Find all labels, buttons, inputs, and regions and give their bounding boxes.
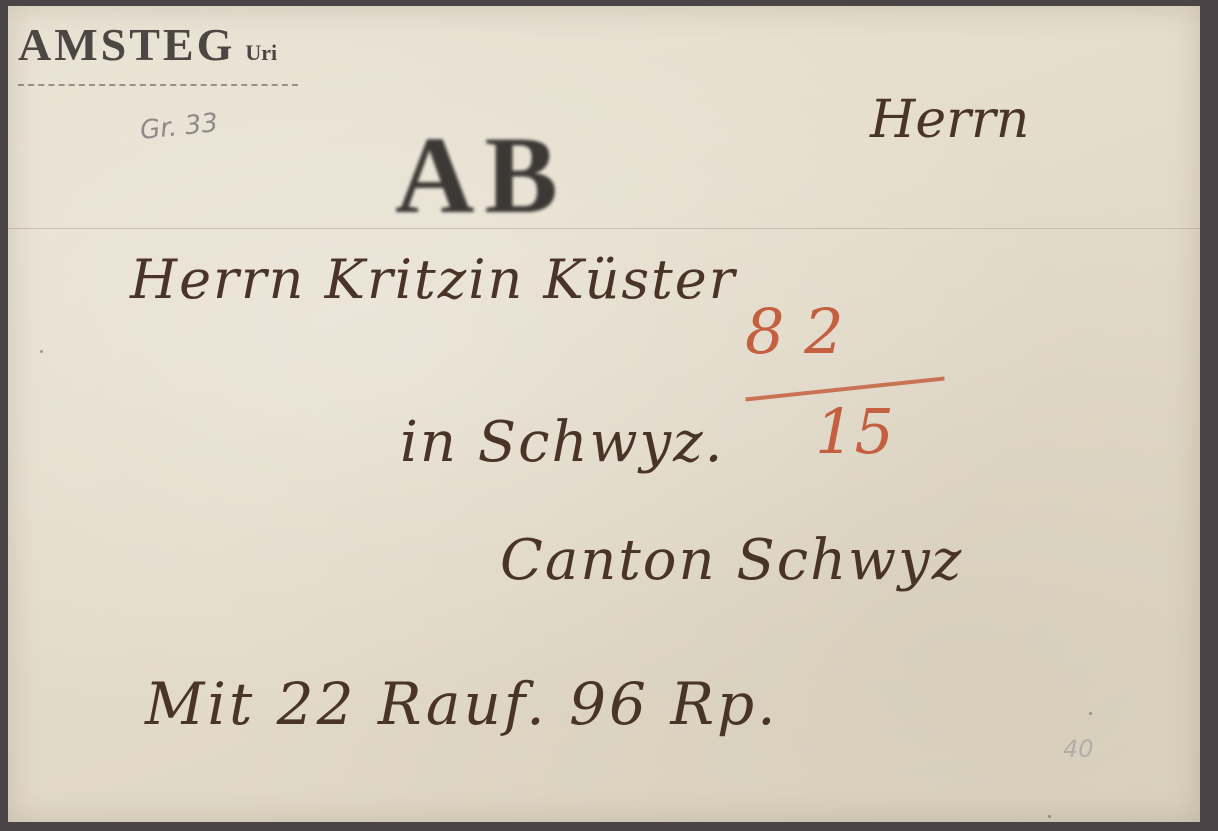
town-postmark: AMSTEGUri	[18, 18, 277, 71]
town-postmark-canton: Uri	[245, 40, 277, 65]
rate-numerator: 8 2	[745, 295, 844, 368]
rate-denominator: 15	[815, 395, 894, 468]
paper-speck	[1089, 712, 1092, 715]
postmark-underline	[18, 84, 298, 88]
paper-speck	[1048, 815, 1051, 818]
address-salutation: Herrn	[870, 90, 1029, 150]
address-line-canton: Canton Schwyz	[500, 528, 963, 593]
fold-line	[8, 228, 1200, 229]
address-line-town: in Schwyz.	[400, 410, 724, 475]
address-line-recipient: Herrn Kritzin Küster	[130, 248, 737, 311]
endorsement-line: Mit 22 Rauf. 96 Rp.	[145, 670, 779, 738]
transit-stamp: AB	[395, 112, 568, 239]
town-postmark-text: AMSTEG	[18, 19, 235, 70]
pencil-corner-note: 40	[1063, 735, 1094, 763]
paper-speck	[40, 350, 43, 353]
